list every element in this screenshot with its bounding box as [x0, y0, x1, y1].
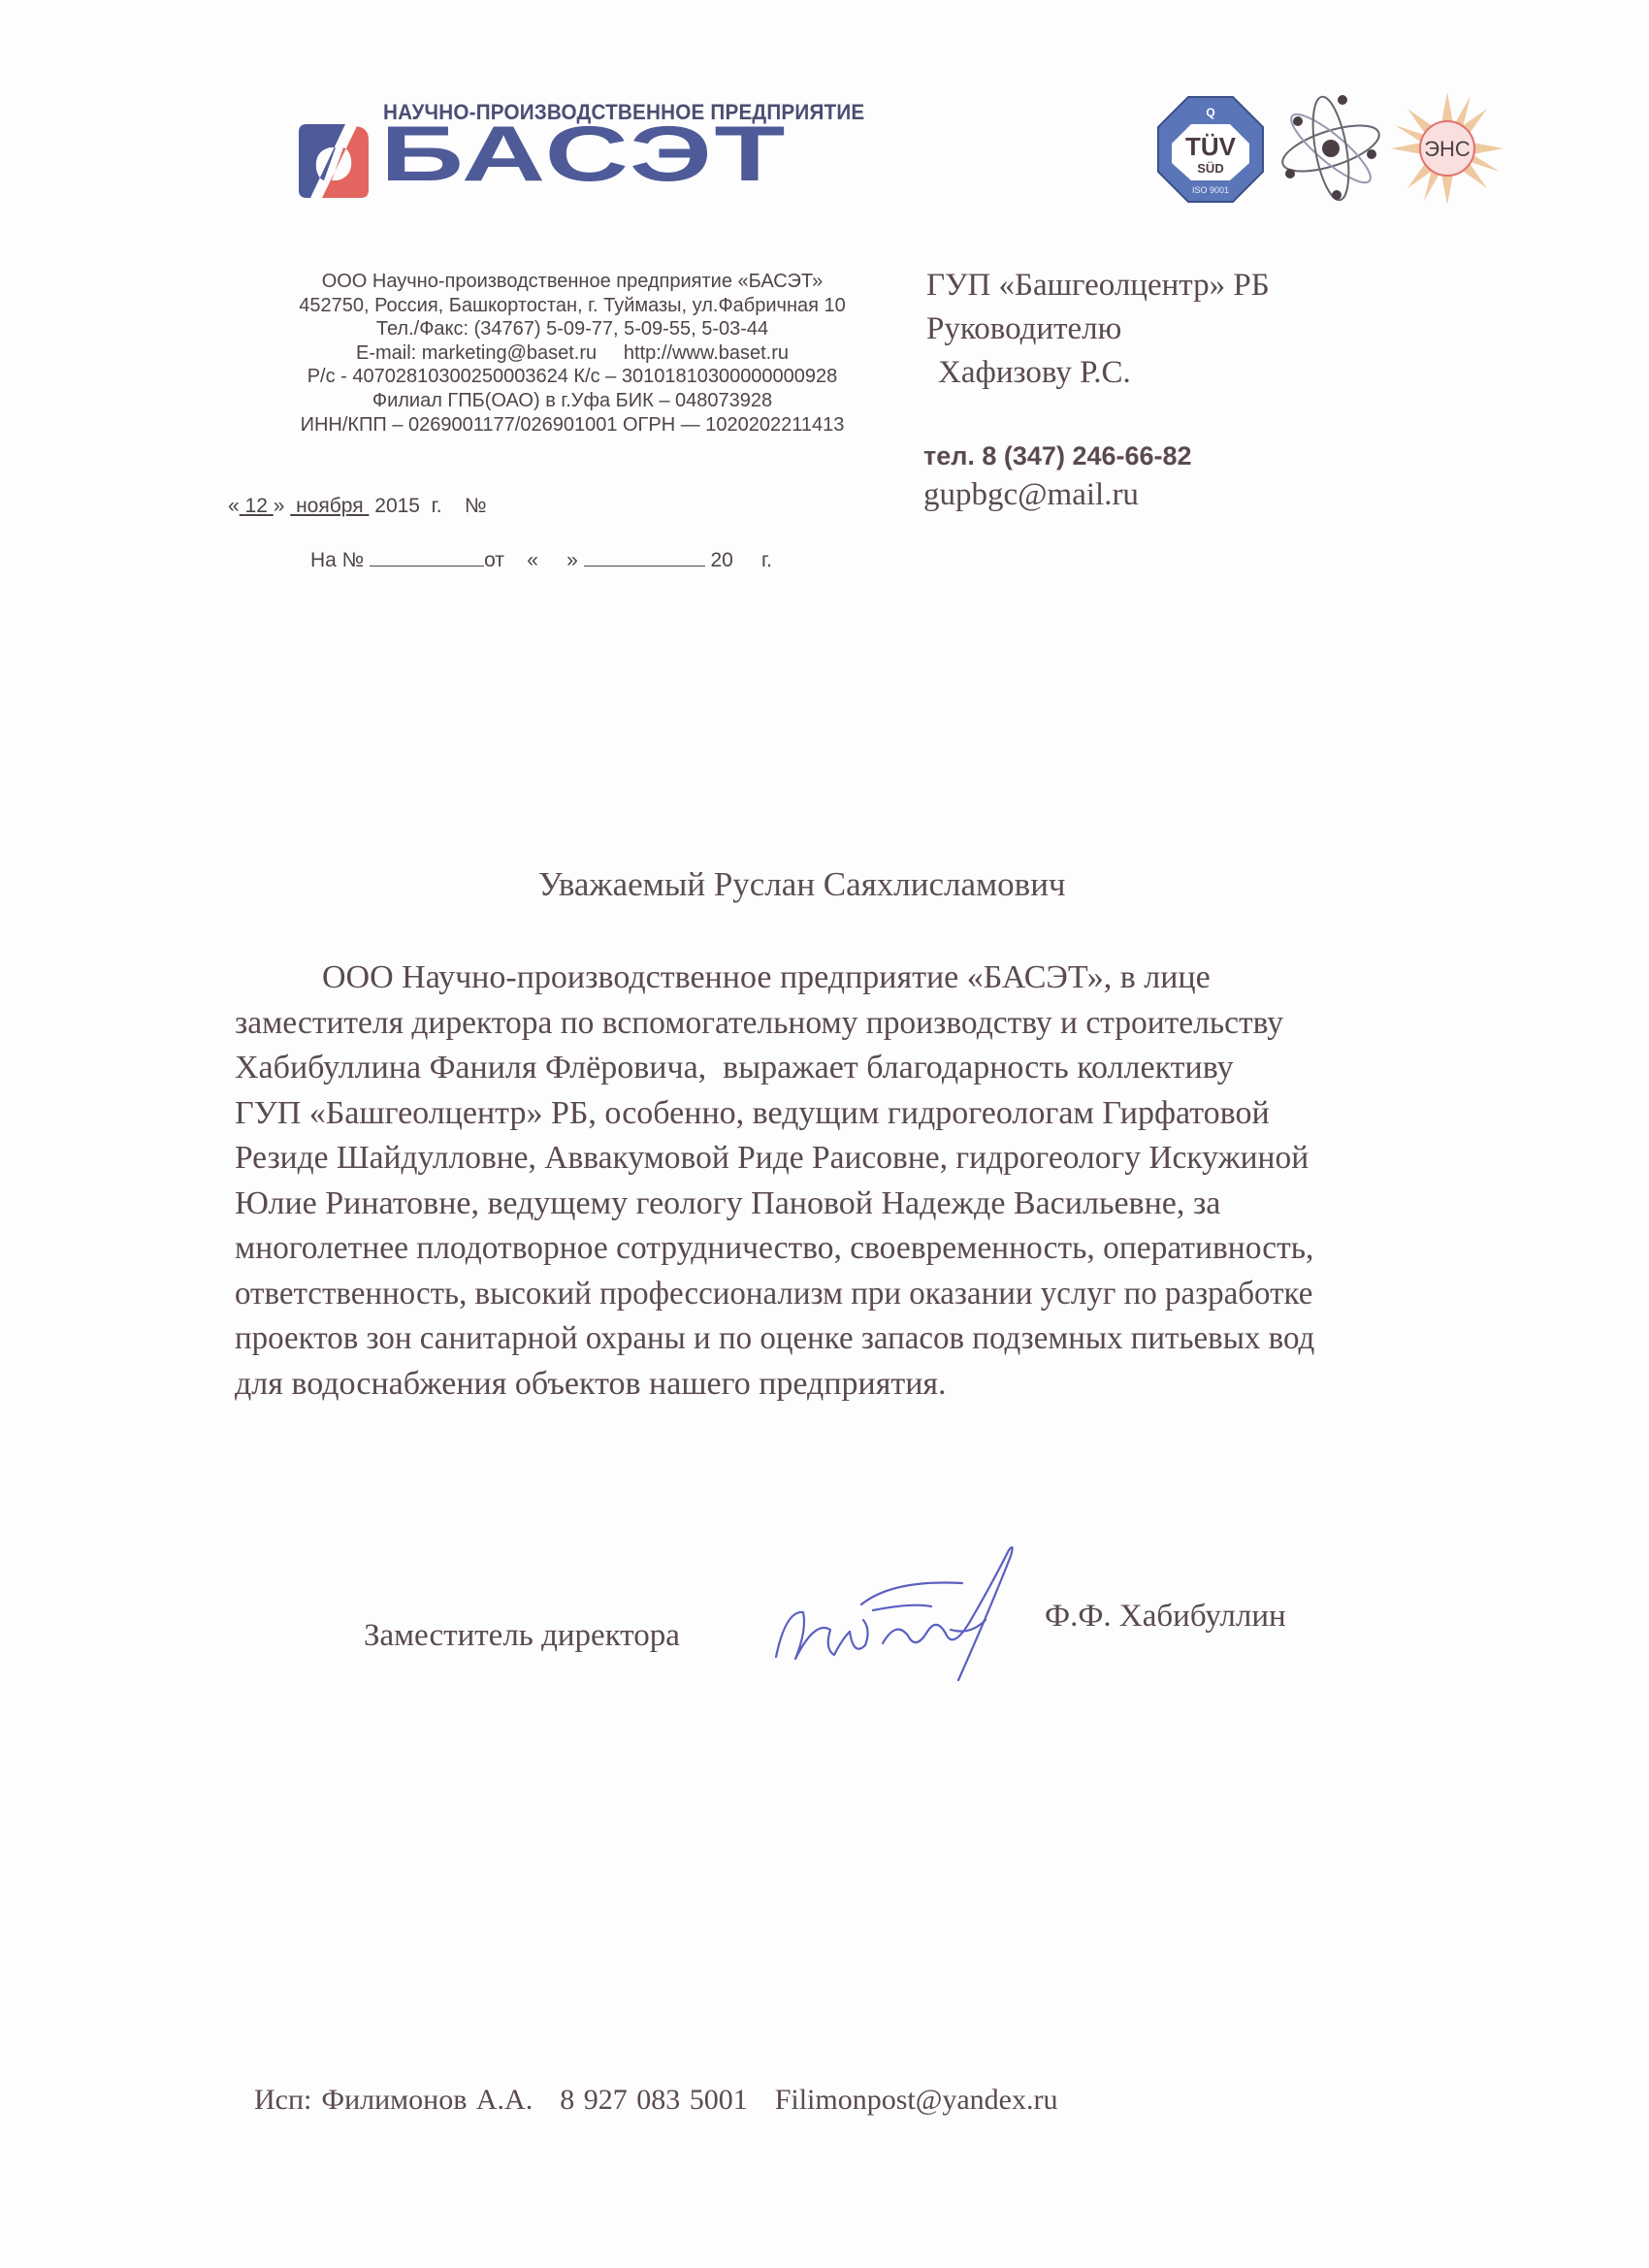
reference-from-label: от [484, 549, 504, 571]
executor-label: Исп: [254, 2084, 311, 2116]
letter-body: ООО Научно-производственное предприятие … [235, 956, 1525, 1407]
body-line: ГУП «Башгеолцентр» РБ, особенно, ведущим… [235, 1091, 1525, 1137]
logo-wordmark: БАСЭТ [380, 114, 788, 192]
reference-number-blank [370, 548, 484, 567]
body-line: заместителя директора по вспомогательном… [235, 1001, 1505, 1047]
recipient-block: ГУП «Башгеолцентр» РБ Руководителю Хафиз… [926, 264, 1270, 395]
sender-address: 452750, Россия, Башкортостан, г. Туймазы… [242, 294, 902, 318]
sender-company: ООО Научно-производственное предприятие … [242, 270, 902, 294]
company-emblem-icon [291, 118, 376, 204]
tuv-octagon-icon: Q TÜV SÜD ISO 9001 [1156, 95, 1265, 204]
date-day: 12 [240, 495, 274, 517]
sender-tax-ids: ИНН/КПП – 0269001177/026901001 ОГРН — 10… [242, 413, 902, 437]
executor-name: Филимонов А.А. [321, 2084, 533, 2116]
date-month: ноября [290, 495, 369, 517]
handwritten-signature [757, 1542, 1086, 1688]
sun-icon: ЭНС [1389, 90, 1505, 207]
recipient-position: Руководителю [926, 308, 1270, 351]
sender-bank-branch: Филиал ГПБ(ОАО) в г.Уфа БИК – 048073928 [242, 389, 902, 413]
date-year: 2015 [374, 495, 420, 517]
atom-icon [1278, 90, 1383, 205]
body-line: Хабибуллина Фаниля Флёровича, выражает б… [235, 1046, 1525, 1091]
executor-email[interactable]: Filimonpost@yandex.ru [775, 2084, 1058, 2116]
sender-email-web: E-mail: marketing@baset.ru http://www.ba… [242, 341, 902, 366]
body-line: ООО Научно-производственное предприятие … [235, 956, 1525, 1001]
svg-text:Q: Q [1206, 106, 1214, 119]
body-line: ответственность, высокий профессионализм… [235, 1272, 1486, 1317]
date-year-suffix: г. [432, 495, 442, 517]
atom-logo [1278, 90, 1383, 205]
reference-month-blank [584, 548, 705, 567]
svg-text:ЭНС: ЭНС [1424, 137, 1471, 161]
reference-line: На № от « » 20 г. [310, 548, 772, 572]
signatory-title: Заместитель директора [364, 1618, 680, 1654]
reference-day-quotes: « » [527, 549, 578, 571]
reference-number-label: На № [310, 549, 364, 571]
svg-text:SÜD: SÜD [1197, 161, 1223, 176]
executor-footer: Исп:Филимонов А.А.8 927 083 5001Filimonp… [254, 2084, 1058, 2117]
outgoing-number-label: № [465, 495, 487, 517]
recipient-name: Хафизову Р.С. [926, 351, 1270, 395]
body-line: Резиде Шайдулловне, Аввакумовой Риде Раи… [235, 1136, 1505, 1182]
ens-logo: ЭНС [1389, 90, 1505, 207]
date-open-quote: « [228, 495, 240, 517]
svg-text:ISO 9001: ISO 9001 [1192, 185, 1229, 195]
svg-text:TÜV: TÜV [1185, 132, 1237, 161]
reference-year: 20 [710, 549, 732, 571]
recipient-email: gupbgc@mail.ru [923, 477, 1139, 513]
body-line: проектов зон санитарной охраны и по оцен… [235, 1316, 1486, 1362]
date-close-quote: » [274, 495, 285, 517]
reference-year-suffix: г. [761, 549, 772, 571]
recipient-phone: тел. 8 (347) 246-66-82 [923, 441, 1192, 471]
recipient-organization: ГУП «Башгеолцентр» РБ [926, 264, 1270, 308]
body-line: Юлие Ринатовне, ведущему геологу Пановой… [235, 1182, 1525, 1227]
signatory-name: Ф.Ф. Хабибуллин [1045, 1599, 1286, 1635]
sender-details: ООО Научно-производственное предприятие … [242, 270, 902, 437]
body-line: для водоснабжения объектов нашего предпр… [235, 1362, 1525, 1408]
letter-greeting: Уважаемый Руслан Саяхлисламович [538, 865, 1066, 904]
letter-date: « 12 » ноября 2015 г. № [228, 495, 486, 518]
executor-phone: 8 927 083 5001 [560, 2084, 748, 2116]
signature-icon [757, 1542, 1086, 1688]
body-line: многолетнее плодотворное сотрудничество,… [235, 1226, 1505, 1272]
tuv-certification-badge: Q TÜV SÜD ISO 9001 [1156, 95, 1265, 204]
sender-phone-fax: Тел./Факс: (34767) 5-09-77, 5-09-55, 5-0… [242, 317, 902, 341]
sender-bank-accounts: Р/с - 40702810300250003624 К/с – 3010181… [242, 365, 902, 389]
